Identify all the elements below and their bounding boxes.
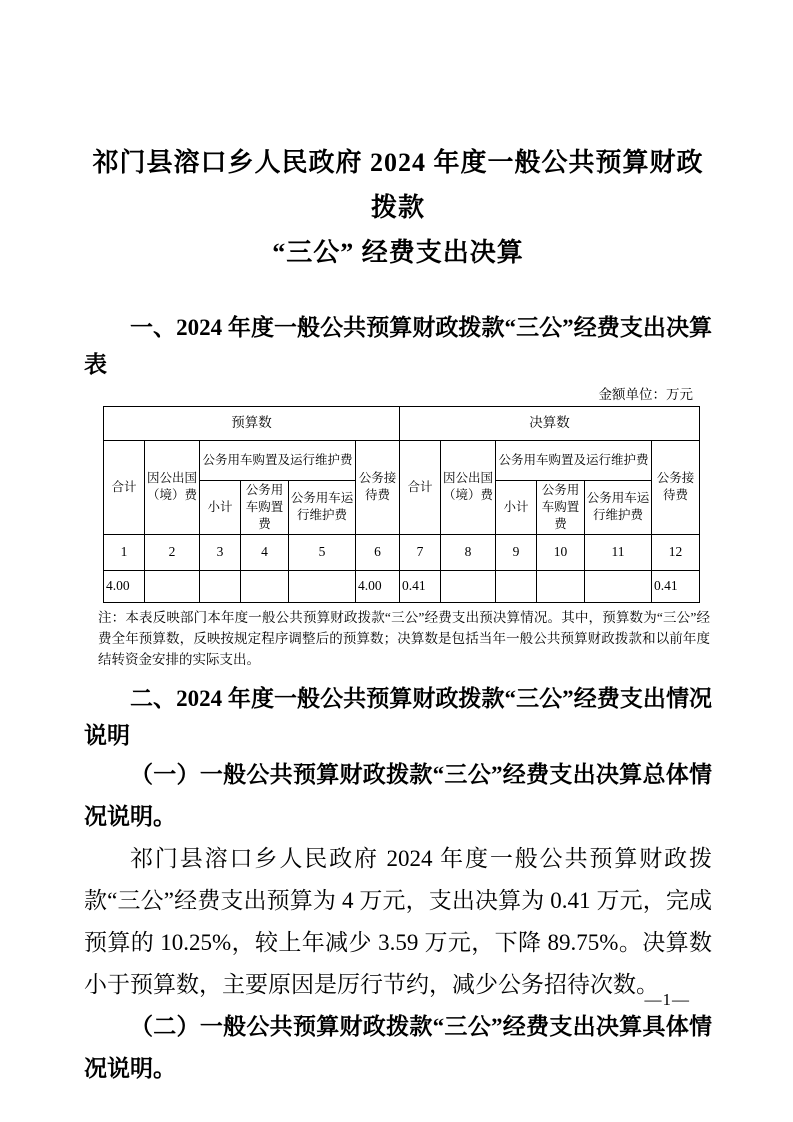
table-header-row: 合计 因公出国（境）费 公务用车购置及运行维护费 公务接待费 合计 因公出国（境… <box>104 441 700 481</box>
budget-total-header: 合计 <box>104 441 145 535</box>
value-cell: 0.41 <box>400 570 441 602</box>
value-cell: 4.00 <box>104 570 145 602</box>
column-number: 2 <box>145 534 200 570</box>
budget-vehicle-maintenance-header: 公务用车运行维护费 <box>289 481 356 535</box>
table-note: 注：本表反映部门本年度一般公共预算财政拨款“三公”经费支出预决算情况。其中，预算… <box>98 607 710 670</box>
budget-abroad-header: 因公出国（境）费 <box>145 441 200 535</box>
document-title-line2: “三公” 经费支出决算 <box>84 230 712 275</box>
value-cell <box>289 570 356 602</box>
column-number: 8 <box>441 534 496 570</box>
column-number: 6 <box>356 534 400 570</box>
final-vehicle-purchase-header: 公务用车购置费 <box>537 481 585 535</box>
column-number: 4 <box>241 534 289 570</box>
final-abroad-header: 因公出国（境）费 <box>441 441 496 535</box>
document-page: 祁门县溶口乡人民政府 2024 年度一般公共预算财政拨款 “三公” 经费支出决算… <box>0 0 793 1122</box>
section2-heading: 二、2024 年度一般公共预算财政拨款“三公”经费支出情况说明 <box>84 680 712 754</box>
column-number: 10 <box>537 534 585 570</box>
value-cell <box>585 570 652 602</box>
final-vehicle-group-header: 公务用车购置及运行维护费 <box>496 441 652 481</box>
budget-vehicle-purchase-header: 公务用车购置费 <box>241 481 289 535</box>
section1-heading: 一、2024 年度一般公共预算财政拨款“三公”经费支出决算表 <box>84 309 712 383</box>
final-group-header: 决算数 <box>400 407 700 441</box>
table-values-row: 4.00 4.00 0.41 0.41 <box>104 570 700 602</box>
expense-table: 预算数 决算数 合计 因公出国（境）费 公务用车购置及运行维护费 公务接待费 合… <box>103 406 700 603</box>
budget-vehicle-subtotal-header: 小计 <box>200 481 241 535</box>
value-cell <box>537 570 585 602</box>
final-total-header: 合计 <box>400 441 441 535</box>
table-column-number-row: 1 2 3 4 5 6 7 8 9 10 11 12 <box>104 534 700 570</box>
budget-group-header: 预算数 <box>104 407 400 441</box>
final-vehicle-maintenance-header: 公务用车运行维护费 <box>585 481 652 535</box>
value-cell <box>200 570 241 602</box>
final-reception-header: 公务接待费 <box>652 441 700 535</box>
final-vehicle-subtotal-header: 小计 <box>496 481 537 535</box>
subsection1-heading: （一）一般公共预算财政拨款“三公”经费支出决算总体情况说明。 <box>84 754 712 838</box>
budget-vehicle-group-header: 公务用车购置及运行维护费 <box>200 441 356 481</box>
subsection2-heading: （二）一般公共预算财政拨款“三公”经费支出决算具体情况说明。 <box>84 1006 712 1090</box>
value-cell <box>145 570 200 602</box>
budget-reception-header: 公务接待费 <box>356 441 400 535</box>
value-cell: 4.00 <box>356 570 400 602</box>
column-number: 9 <box>496 534 537 570</box>
column-number: 1 <box>104 534 145 570</box>
column-number: 7 <box>400 534 441 570</box>
page-number: —1— <box>645 990 691 1010</box>
column-number: 3 <box>200 534 241 570</box>
document-title-line1: 祁门县溶口乡人民政府 2024 年度一般公共预算财政拨款 <box>84 140 712 230</box>
document-title: 祁门县溶口乡人民政府 2024 年度一般公共预算财政拨款 “三公” 经费支出决算 <box>84 140 712 275</box>
table-group-header-row: 预算数 决算数 <box>104 407 700 441</box>
page-content: 祁门县溶口乡人民政府 2024 年度一般公共预算财政拨款 “三公” 经费支出决算… <box>84 140 712 1090</box>
value-cell <box>496 570 537 602</box>
table-container: 金额单位：万元 预算数 决算数 合计 因公出国（境）费 公务用车购置及运行维护费… <box>103 383 699 603</box>
subsection1-paragraph: 祁门县溶口乡人民政府 2024 年度一般公共预算财政拨款“三公”经费支出预算为 … <box>84 838 712 1006</box>
value-cell <box>241 570 289 602</box>
column-number: 5 <box>289 534 356 570</box>
column-number: 11 <box>585 534 652 570</box>
column-number: 12 <box>652 534 700 570</box>
unit-label: 金额单位：万元 <box>103 383 699 406</box>
value-cell <box>441 570 496 602</box>
value-cell: 0.41 <box>652 570 700 602</box>
